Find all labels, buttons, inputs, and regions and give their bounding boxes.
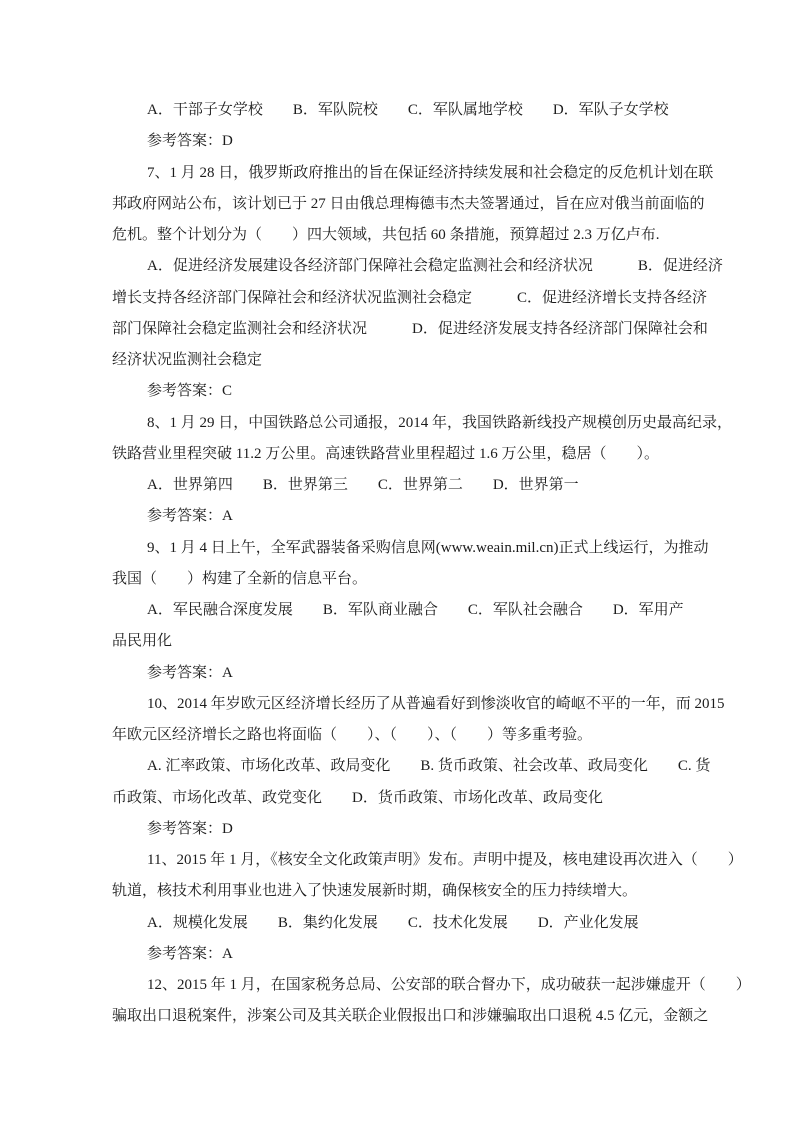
answer-line: 参考答案：A (112, 658, 690, 689)
paragraph-q7-answer: 参考答案：C (112, 376, 690, 407)
text-line: 12、2015 年 1 月，在国家税务总局、公安部的联合督办下，成功破获一起涉嫌… (112, 970, 690, 1001)
paragraph-q10-answer: 参考答案：D (112, 814, 690, 845)
paragraph-q12-question: 12、2015 年 1 月，在国家税务总局、公安部的联合督办下，成功破获一起涉嫌… (112, 970, 690, 1033)
paragraph-q6-answer: 参考答案：D (112, 126, 690, 157)
text-line: A．促进经济发展建设各经济部门保障社会稳定监测社会和经济状况 B．促进经济 (112, 251, 690, 282)
text-line: 10、2014 年岁欧元区经济增长经历了从普遍看好到惨淡收官的崎岖不平的一年，而… (112, 689, 690, 720)
text-line: 我国（ ）构建了全新的信息平台。 (112, 564, 690, 595)
document-text-block: A．干部子女学校 B．军队院校 C．军队属地学校 D．军队子女学校 参考答案：D… (112, 95, 690, 1033)
text-line: 骗取出口退税案件，涉案公司及其关联企业假报出口和涉嫌骗取出口退税 4.5 亿元，… (112, 1001, 690, 1032)
text-line: 年欧元区经济增长之路也将面临（ ）、（ ）、（ ）等多重考验。 (112, 720, 690, 751)
paragraph-q9-question: 9、1 月 4 日上午，全军武器装备采购信息网(www.weain.mil.cn… (112, 533, 690, 596)
paragraph-q11-answer: 参考答案：A (112, 939, 690, 970)
text-line: 币政策、市场化改革、政党变化 D．货币政策、市场化改革、政局变化 (112, 783, 690, 814)
text-line: 经济状况监测社会稳定 (112, 345, 690, 376)
paragraph-q10-question: 10、2014 年岁欧元区经济增长经历了从普遍看好到惨淡收官的崎岖不平的一年，而… (112, 689, 690, 752)
paragraph-q9-options: A．军民融合深度发展 B．军队商业融合 C．军队社会融合 D．军用产 品民用化 (112, 595, 690, 658)
text-line: A．世界第四 B．世界第三 C．世界第二 D．世界第一 (112, 470, 690, 501)
answer-line: 参考答案：C (112, 376, 690, 407)
text-line: 轨道，核技术利用事业也进入了快速发展新时期，确保核安全的压力持续增大。 (112, 876, 690, 907)
paragraph-q8-question: 8、1 月 29 日，中国铁路总公司通报，2014 年，我国铁路新线投产规模创历… (112, 408, 690, 471)
text-line: A．干部子女学校 B．军队院校 C．军队属地学校 D．军队子女学校 (112, 95, 690, 126)
paragraph-q7-question: 7、1 月 28 日，俄罗斯政府推出的旨在保证经济持续发展和社会稳定的反危机计划… (112, 158, 690, 252)
answer-line: 参考答案：A (112, 939, 690, 970)
paragraph-q7-options: A．促进经济发展建设各经济部门保障社会稳定监测社会和经济状况 B．促进经济 增长… (112, 251, 690, 376)
paragraph-q8-answer: 参考答案：A (112, 501, 690, 532)
text-line: 危机。整个计划分为（ ）四大领域，共包括 60 条措施，预算超过 2.3 万亿卢… (112, 220, 690, 251)
text-line: A．规模化发展 B．集约化发展 C．技术化发展 D．产业化发展 (112, 908, 690, 939)
text-line: 铁路营业里程突破 11.2 万公里。高速铁路营业里程超过 1.6 万公里，稳居（… (112, 439, 690, 470)
text-line: 11、2015 年 1 月，《核安全文化政策声明》发布。声明中提及，核电建设再次… (112, 845, 690, 876)
text-line: 8、1 月 29 日，中国铁路总公司通报，2014 年，我国铁路新线投产规模创历… (112, 408, 690, 439)
answer-line: 参考答案：A (112, 501, 690, 532)
text-line: 邦政府网站公布，该计划已于 27 日由俄总理梅德韦杰夫签署通过，旨在应对俄当前面… (112, 189, 690, 220)
text-line: 部门保障社会稳定监测社会和经济状况 D．促进经济发展支持各经济部门保障社会和 (112, 314, 690, 345)
text-line: A. 汇率政策、市场化改革、政局变化 B. 货币政策、社会改革、政局变化 C. … (112, 751, 690, 782)
paragraph-q10-options: A. 汇率政策、市场化改革、政局变化 B. 货币政策、社会改革、政局变化 C. … (112, 751, 690, 814)
document-page: A．干部子女学校 B．军队院校 C．军队属地学校 D．军队子女学校 参考答案：D… (0, 0, 793, 1122)
text-line: 品民用化 (112, 626, 690, 657)
paragraph-q11-options: A．规模化发展 B．集约化发展 C．技术化发展 D．产业化发展 (112, 908, 690, 939)
text-line: 7、1 月 28 日，俄罗斯政府推出的旨在保证经济持续发展和社会稳定的反危机计划… (112, 158, 690, 189)
answer-line: 参考答案：D (112, 126, 690, 157)
paragraph-q8-options: A．世界第四 B．世界第三 C．世界第二 D．世界第一 (112, 470, 690, 501)
paragraph-q11-question: 11、2015 年 1 月，《核安全文化政策声明》发布。声明中提及，核电建设再次… (112, 845, 690, 908)
paragraph-q9-answer: 参考答案：A (112, 658, 690, 689)
answer-line: 参考答案：D (112, 814, 690, 845)
text-line: 增长支持各经济部门保障社会和经济状况监测社会稳定 C．促进经济增长支持各经济 (112, 283, 690, 314)
text-line: 9、1 月 4 日上午，全军武器装备采购信息网(www.weain.mil.cn… (112, 533, 690, 564)
text-line: A．军民融合深度发展 B．军队商业融合 C．军队社会融合 D．军用产 (112, 595, 690, 626)
paragraph-q6-options: A．干部子女学校 B．军队院校 C．军队属地学校 D．军队子女学校 (112, 95, 690, 126)
